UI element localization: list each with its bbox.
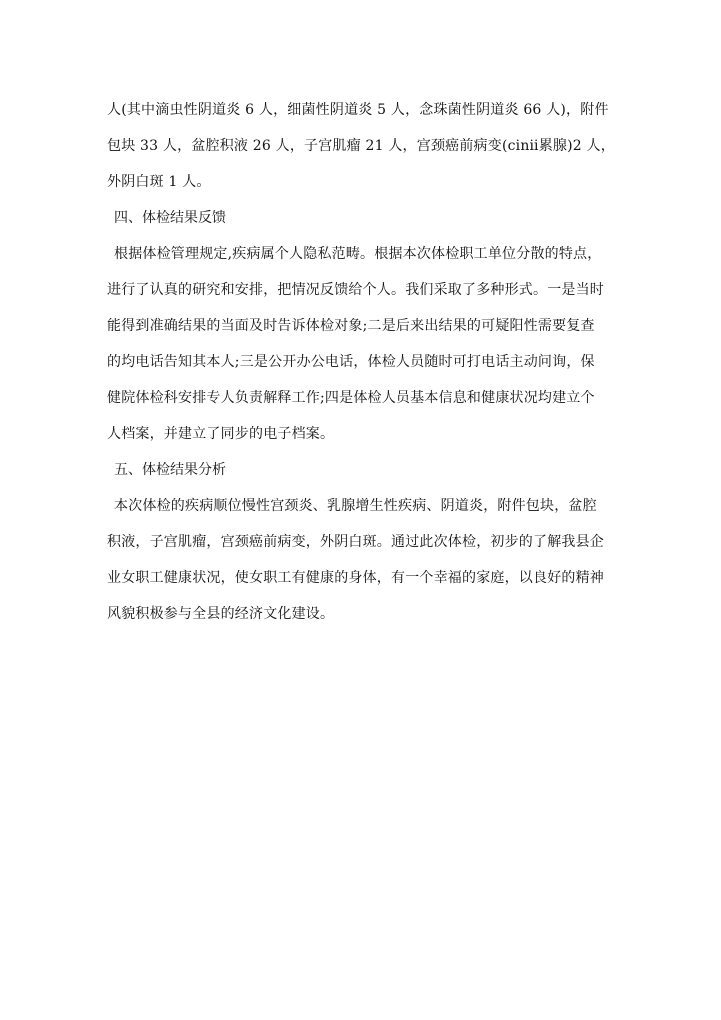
section-heading: 五、体检结果分析 bbox=[107, 452, 615, 488]
section-heading: 四、体检结果反馈 bbox=[107, 200, 615, 236]
section-4: 四、体检结果反馈 根据体检管理规定,疾病属个人隐私范畴。根据本次体检职工单位分散… bbox=[107, 200, 615, 452]
paragraph-line: 风貌积极参与全县的经济文化建设。 bbox=[107, 596, 615, 632]
paragraph-line: 能得到准确结果的当面及时告诉体检对象;二是后来出结果的可疑阳性需要复查 bbox=[107, 308, 615, 344]
paragraph-line: 积液，子宫肌瘤，宫颈癌前病变，外阴白斑。通过此次体检，初步的了解我县企 bbox=[107, 524, 615, 560]
section-3-continuation: 人(其中滴虫性阴道炎 6 人，细菌性阴道炎 5 人，念珠菌性阴道炎 66 人)，… bbox=[107, 92, 615, 200]
paragraph-line: 业女职工健康状况，使女职工有健康的身体，有一个幸福的家庭，以良好的精神 bbox=[107, 560, 615, 596]
document-page: 人(其中滴虫性阴道炎 6 人，细菌性阴道炎 5 人，念珠菌性阴道炎 66 人)，… bbox=[107, 92, 615, 632]
paragraph-line: 进行了认真的研究和安排，把情况反馈给个人。我们采取了多种形式。一是当时 bbox=[107, 272, 615, 308]
paragraph-line: 的均电话告知其本人;三是公开办公电话，体检人员随时可打电话主动问询，保 bbox=[107, 344, 615, 380]
paragraph-line: 人档案，并建立了同步的电子档案。 bbox=[107, 416, 615, 452]
paragraph-line: 根据体检管理规定,疾病属个人隐私范畴。根据本次体检职工单位分散的特点， bbox=[107, 236, 615, 272]
paragraph-line: 健院体检科安排专人负责解释工作;四是体检人员基本信息和健康状况均建立个 bbox=[107, 380, 615, 416]
paragraph-line: 外阴白斑 1 人。 bbox=[107, 164, 615, 200]
paragraph-line: 本次体检的疾病顺位慢性宫颈炎、乳腺增生性疾病、阴道炎，附件包块，盆腔 bbox=[107, 488, 615, 524]
paragraph-line: 包块 33 人，盆腔积液 26 人，子宫肌瘤 21 人，宫颈癌前病变(cinⅱ累… bbox=[107, 128, 615, 164]
paragraph-line: 人(其中滴虫性阴道炎 6 人，细菌性阴道炎 5 人，念珠菌性阴道炎 66 人)，… bbox=[107, 92, 615, 128]
section-5: 五、体检结果分析 本次体检的疾病顺位慢性宫颈炎、乳腺增生性疾病、阴道炎，附件包块… bbox=[107, 452, 615, 632]
